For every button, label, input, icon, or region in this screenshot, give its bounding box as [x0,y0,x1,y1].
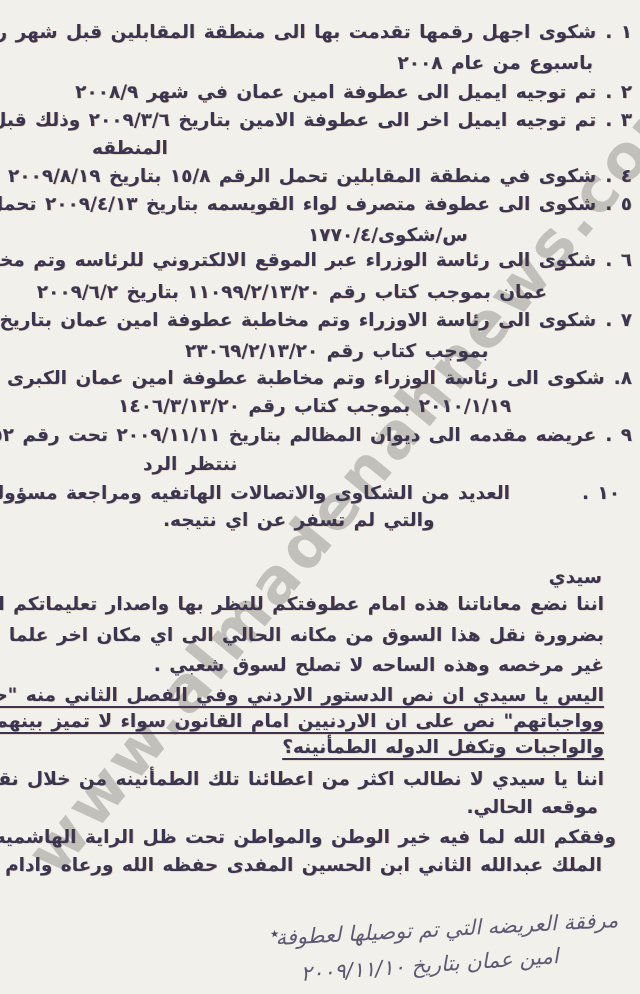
complaint-item-8-line-1: ٨.شكوى الى رئاسة الوزراء وتم مخاطبة عطوف… [0,370,632,389]
scanned-complaint-letter: www.almadenahnews.com ١ .شكوى اجهل رقمها… [0,0,640,994]
item-number: ٩ . [605,425,632,446]
item-number: ٨. [614,368,632,389]
complaint-item-2-line-1: ٢ .تم توجيه ايميل الى عطوفة امين عمان في… [75,84,632,103]
closing-line-1: وفقكم الله لما فيه خير الوطن والمواطن تح… [0,829,616,848]
salutation: سيدي [549,569,602,588]
paragraph2-line-1: اننا يا سيدي لا نطالب اكثر من اعطائنا تل… [0,771,604,790]
item-text: شكوى في منطقة المقابلين تحمل الرقم ١٥/٨ … [8,166,596,187]
underlined-line-2: وواجباتهم" نص على ان الاردنيين امام القا… [0,713,604,732]
underlined-line-3: والواجبات وتكفل الدوله الطمأنينه؟ [282,739,604,758]
complaint-item-7-line-1: ٧ .شكوى الى رئاسة الاوزراء وتم مخاطبة عط… [0,312,632,331]
complaint-item-10-line-1: العديد من الشكاوى والاتصالات الهاتفيه وم… [0,485,510,504]
complaint-item-9-line-1: ٩ .عريضه مقدمه الى ديوان المظالم بتاريخ … [0,427,632,446]
item-number: ٥ . [605,194,632,215]
item-text: شكوى الى رئاسة الاوزراء وتم مخاطبة عطوفة… [0,310,596,331]
item-number: ٧ . [605,310,632,331]
complaint-item-10-number: ١٠ . [582,485,620,504]
complaint-item-6-line-2: عمان بموجب كتاب رقم ١١٠٩٩/٢/١٣/٢٠ بتاريخ… [37,284,547,303]
complaint-item-6-line-1: ٦ .شكوى الى رئاسة الوزراء عبر الموقع الا… [0,252,632,271]
complaint-item-7-line-2: بموجب كتاب رقم ٢٣٠٦٩/٢/١٣/٢٠ [185,343,489,362]
complaint-item-1-line-2: باسبوع من عام ٢٠٠٨ [397,55,593,74]
item-number: ٦ . [605,250,632,271]
item-text: عريضه مقدمه الى ديوان المظالم بتاريخ ٢٠٠… [0,425,596,446]
item-text: شكوى الى رئاسة الوزراء عبر الموقع الالكت… [0,250,596,271]
complaint-item-1-line-1: ١ .شكوى اجهل رقمها تقدمت بها الى منطقة ا… [0,24,632,43]
complaint-item-4-line-1: ٤ .شكوى في منطقة المقابلين تحمل الرقم ١٥… [8,168,632,187]
paragraph2-line-2: موقعه الحالي. [466,799,598,818]
handwritten-note-line-2: امين عمان بتاريخ ٢٠٠٩/١١/١٠ [299,944,558,986]
item-number: ٢ . [605,82,632,103]
underlined-line-1: اليس يا سيدي ان نص الدستور الاردني وفي ا… [0,687,604,706]
complaint-item-8-line-2: ٢٠١٠/١/١٩ بموجب كتاب رقم ١٤٠٦/٣/١٣/٢٠ [118,398,511,417]
item-text: شكوى اجهل رقمها تقدمت بها الى منطقة المق… [0,22,596,43]
closing-line-2: الملك عبدالله الثاني ابن الحسين المفدى ح… [0,857,602,876]
paragraph1-line-3: غير مرخصه وهذه الساحه لا تصلح لسوق شعبي … [154,657,604,676]
complaint-item-5-line-2: س/شكوى/١٧٧٠/٤ [308,227,468,246]
complaint-item-3-line-1: ٣ .تم توجيه ايميل اخر الى عطوفة الامين ب… [0,112,632,131]
paragraph1-line-2: بضرورة نقل هذا السوق من مكانه الحالي الى… [0,627,604,646]
item-text: شكوى الى رئاسة الوزراء وتم مخاطبة عطوفة … [0,368,605,389]
item-text: تم توجيه ايميل الى عطوفة امين عمان في شه… [75,82,596,103]
item-text: شكوى الى عطوفة متصرف لواء القويسمه بتاري… [0,194,596,215]
handwritten-note-line-1: مرفقة العريضه التي تم توصيلها لعطوفة [275,908,619,950]
complaint-item-9-line-2: ننتظر الرد [143,456,237,475]
paragraph1-line-1: اننا نضع معاناتنا هذه امام عطوفتكم للنظر… [0,596,604,615]
item-number: ٣ . [605,110,632,131]
item-text: تم توجيه ايميل اخر الى عطوفة الامين بتار… [0,110,596,131]
item-number: ٤ . [605,166,632,187]
item-number: ١ . [605,22,632,43]
complaint-item-10-line-2: والتي لم تسفر عن اي نتيجه. [163,512,435,531]
complaint-item-5-line-1: ٥ .شكوى الى عطوفة متصرف لواء القويسمه بت… [0,196,632,215]
complaint-item-3-line-2: المنطقه [92,140,168,159]
